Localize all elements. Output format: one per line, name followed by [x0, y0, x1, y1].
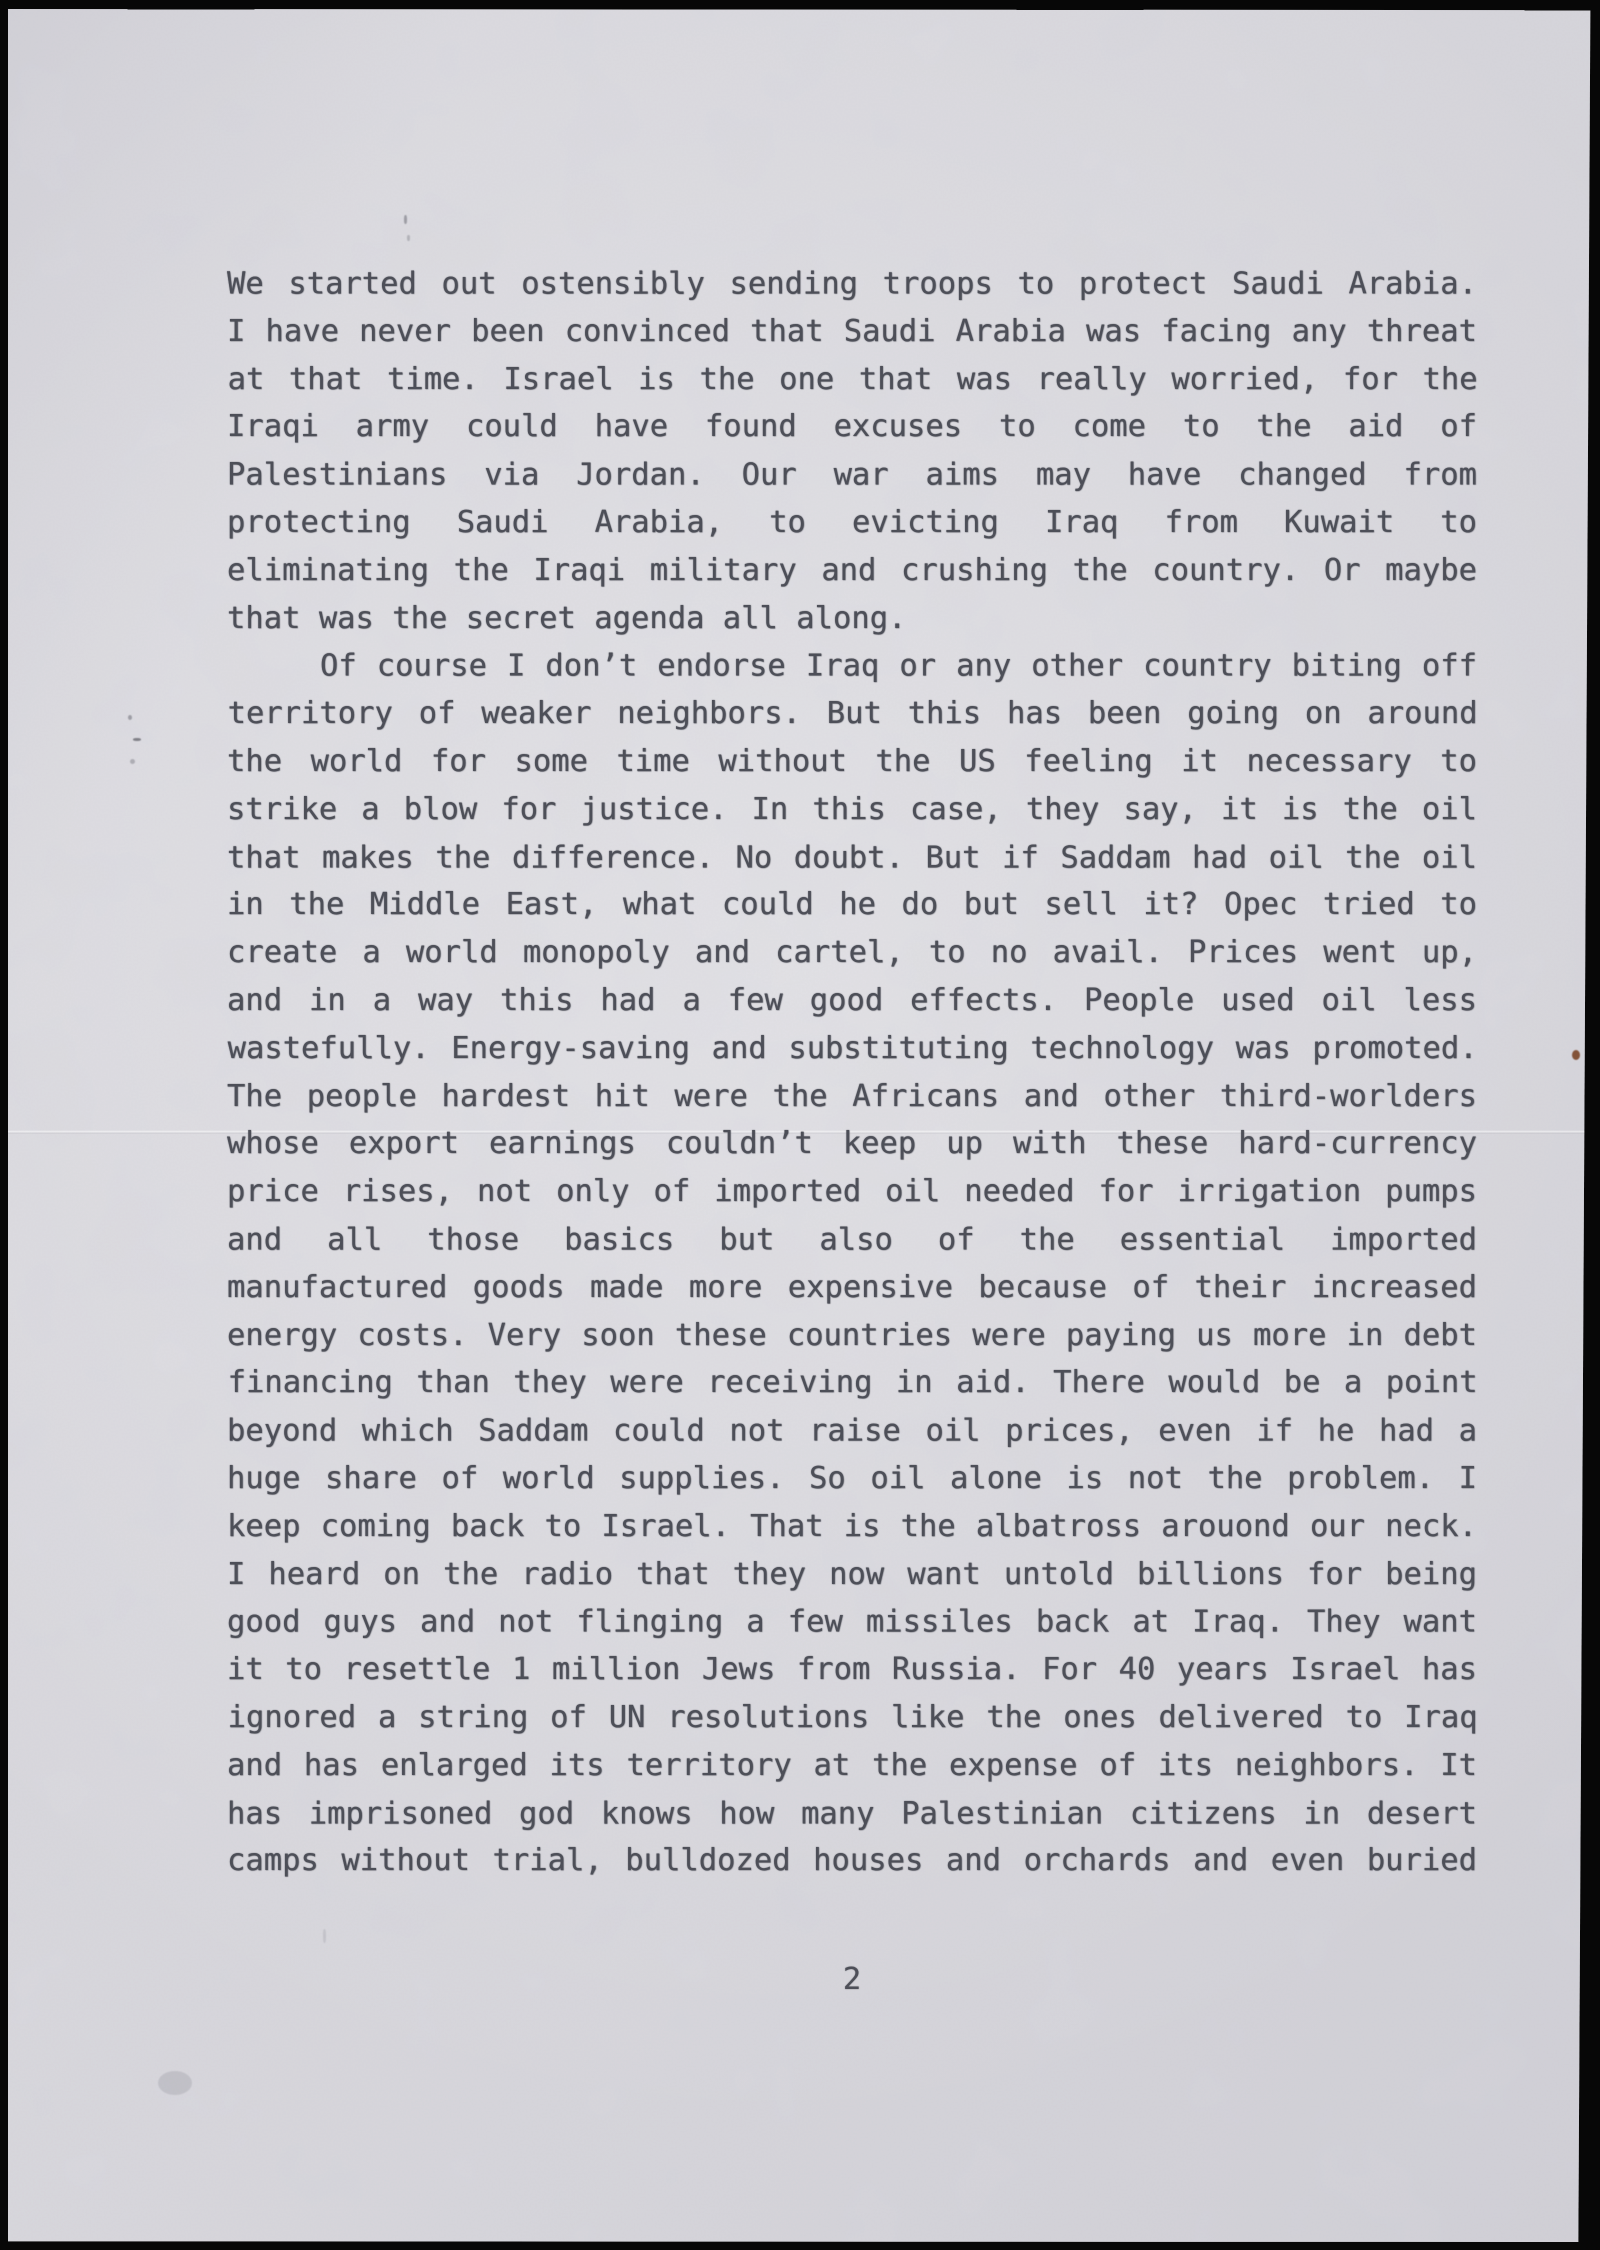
typewritten-line: and has enlarged its territory at the ex…: [227, 1742, 1477, 1790]
typewritten-line: protecting Saudi Arabia, to evicting Ira…: [227, 499, 1477, 547]
typewritten-line: at that time. Israel is the one that was…: [228, 356, 1478, 404]
typewritten-line: strike a blow for justice. In this case,…: [227, 786, 1477, 834]
typewritten-line: beyond which Saddam could not raise oil …: [227, 1408, 1477, 1456]
typewritten-line: Palestinians via Jordan. Our war aims ma…: [227, 452, 1477, 500]
typewritten-line: keep coming back to Israel. That is the …: [227, 1503, 1477, 1551]
typewritten-line: eliminating the Iraqi military and crush…: [227, 547, 1477, 595]
typewritten-line: that makes the difference. No doubt. But…: [227, 834, 1477, 882]
paper-speck: [407, 235, 410, 241]
typewritten-line: and all those basics but also of the ess…: [227, 1216, 1477, 1264]
typewritten-line: Of course I don’t endorse Iraq or any ot…: [227, 643, 1477, 691]
typewritten-line: energy costs. Very soon these countries …: [227, 1312, 1477, 1360]
typewritten-line: it to resettle 1 million Jews from Russi…: [227, 1646, 1477, 1694]
typewritten-line: ignored a string of UN resolutions like …: [228, 1694, 1478, 1742]
paper-speck: [133, 738, 141, 741]
typewritten-line: price rises, not only of imported oil ne…: [227, 1168, 1477, 1216]
typewritten-line: good guys and not flinging a few missile…: [227, 1599, 1477, 1647]
typewritten-line: Iraqi army could have found excuses to c…: [227, 403, 1477, 451]
paper-speck: [158, 2071, 192, 2095]
paper-speck: [128, 715, 132, 720]
paper-speck: [130, 759, 135, 764]
typewritten-line: financing than they were receiving in ai…: [228, 1359, 1478, 1407]
typewritten-line: camps without trial, bulldozed houses an…: [227, 1837, 1477, 1885]
typewritten-line: huge share of world supplies. So oil alo…: [227, 1455, 1477, 1503]
photo-frame: We started out ostensibly sending troops…: [0, 0, 1600, 2250]
page-number: 2: [227, 1956, 1477, 2004]
paper-speck: [1572, 1050, 1580, 1060]
typewritten-line: create a world monopoly and cartel, to n…: [227, 929, 1477, 977]
typewritten-line: has imprisoned god knows how many Palest…: [227, 1790, 1477, 1838]
letter-body-text: We started out ostensibly sending troops…: [227, 260, 1477, 1885]
typewritten-line: manufactured goods made more expensive b…: [227, 1264, 1477, 1312]
typewritten-line: territory of weaker neighbors. But this …: [228, 690, 1478, 738]
typewritten-line: whose export earnings couldn’t keep up w…: [227, 1120, 1477, 1168]
typewritten-line: I have never been convinced that Saudi A…: [227, 308, 1477, 356]
typewritten-line: the world for some time without the US f…: [227, 738, 1477, 786]
typewritten-line: that was the secret agenda all along.: [227, 595, 1477, 643]
typewritten-line: and in a way this had a few good effects…: [227, 977, 1477, 1025]
typewritten-line: I heard on the radio that they now want …: [227, 1551, 1477, 1599]
typewritten-line: in the Middle East, what could he do but…: [227, 881, 1477, 929]
letter-paper: We started out ostensibly sending troops…: [8, 9, 1591, 2242]
paper-speck: [404, 215, 407, 224]
typewritten-line: The people hardest hit were the Africans…: [227, 1073, 1477, 1121]
typewritten-line: wastefully. Energy-saving and substituti…: [228, 1025, 1478, 1073]
paper-speck: [323, 1929, 326, 1943]
typewritten-line: We started out ostensibly sending troops…: [227, 261, 1477, 309]
